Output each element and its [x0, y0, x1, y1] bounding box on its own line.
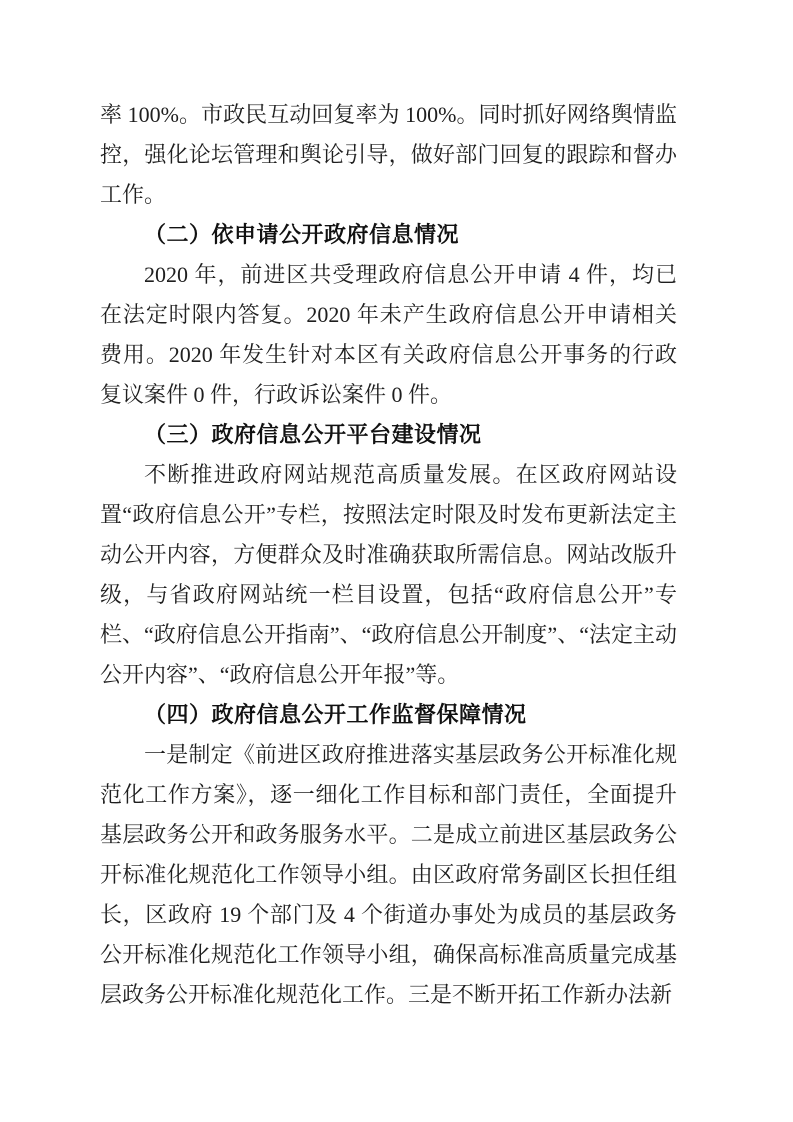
section-heading: （四）政府信息公开工作监督保障情况 — [100, 695, 677, 735]
body-paragraph: 率 100%。市政民互动回复率为 100%。同时抓好网络舆情监控，强化论坛管理和… — [100, 95, 677, 215]
body-paragraph: 不断推进政府网站规范高质量发展。在区政府网站设置“政府信息公开”专栏，按照法定时… — [100, 455, 677, 695]
body-paragraph: 一是制定《前进区政府推进落实基层政务公开标准化规范化工作方案》，逐一细化工作目标… — [100, 735, 677, 1015]
body-paragraph: 2020 年，前进区共受理政府信息公开申请 4 件，均已在法定时限内答复。202… — [100, 255, 677, 415]
document-content: 率 100%。市政民互动回复率为 100%。同时抓好网络舆情监控，强化论坛管理和… — [100, 95, 677, 1015]
section-heading: （二）依申请公开政府信息情况 — [100, 215, 677, 255]
document-page: 率 100%。市政民互动回复率为 100%。同时抓好网络舆情监控，强化论坛管理和… — [0, 0, 793, 1122]
section-heading: （三）政府信息公开平台建设情况 — [100, 415, 677, 455]
